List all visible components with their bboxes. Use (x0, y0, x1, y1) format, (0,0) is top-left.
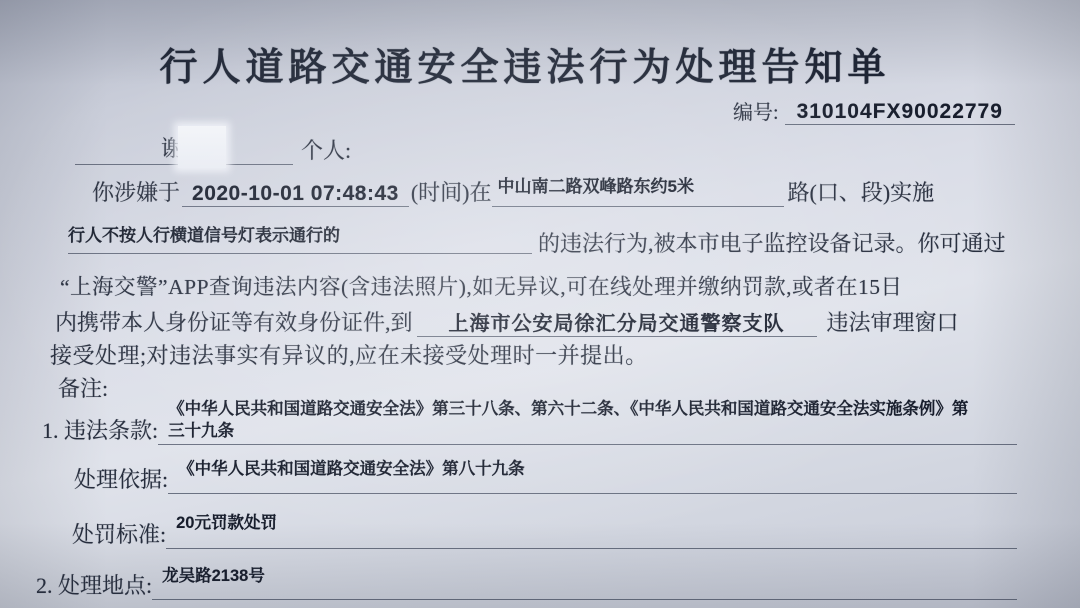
item-handling-basis-value: 《中华人民共和国道路交通安全法》第八十九条 (178, 458, 1017, 480)
item-violation-clause-line1: 《中华人民共和国道路交通安全法》第三十八条、第六十二条、《中华人民共和国道路交通… (168, 398, 1017, 420)
item-violation-clause-label: 1. 违法条款: (42, 414, 158, 445)
item-violation-clause: 1. 违法条款: 《中华人民共和国道路交通安全法》第三十八条、第六十二条、《中华… (42, 398, 1017, 445)
form-title: 行人道路交通安全违法行为处理告知单 (0, 36, 1050, 91)
violation-datetime-value: 2020-10-01 07:48:43 (192, 182, 399, 205)
item-handling-location-value: 龙吴路2138号 (162, 565, 1017, 587)
location-blank: 中山南二路双峰路东约5米 (492, 176, 784, 207)
item-handling-location-label: 2. 处理地点: (36, 569, 152, 600)
suspect-line: 你涉嫌于 2020-10-01 07:48:43 (时间)在 中山南二路双峰路东… (92, 176, 934, 207)
item-handling-basis: 处理依据: 《中华人民共和国道路交通安全法》第八十九条 (74, 458, 1017, 494)
form-number-value: 310104FX90022779 (797, 100, 1003, 123)
item-handling-basis-label: 处理依据: (74, 463, 168, 494)
violation-blank: 行人不按人行横道信号灯表示通行的 (68, 221, 532, 254)
suspect-suffix: 路(口、段)实施 (788, 176, 935, 207)
name-redaction-box (178, 126, 226, 168)
office-suffix: 违法审理窗口 (827, 306, 959, 337)
police-office-value: 上海市公安局徐汇分局交通警察支队 (417, 313, 817, 335)
form-number-label: 编号: (733, 96, 779, 125)
suspect-middle: (时间)在 (411, 176, 492, 207)
item-penalty-standard-label: 处罚标准: (72, 518, 166, 549)
violation-rest-text: 的违法行为,被本市电子监控设备记录。你可通过 (538, 227, 1006, 258)
suspect-prefix: 你涉嫌于 (92, 176, 180, 207)
item-handling-location: 2. 处理地点: 龙吴路2138号 (36, 565, 1017, 600)
addressee-line: 谢 个人: (75, 132, 351, 165)
violation-location-value: 中山南二路双峰路东约5米 (498, 172, 694, 197)
office-prefix: 内携带本人身份证等有效身份证件,到 (55, 306, 413, 337)
addressee-suffix: 个人: (301, 134, 351, 165)
item-violation-clause-line2: 三十九条 (168, 420, 1017, 442)
item-penalty-standard: 处罚标准: 20元罚款处罚 (72, 512, 1017, 549)
item-penalty-standard-value: 20元罚款处罚 (176, 512, 1017, 534)
violation-type-value: 行人不按人行横道信号灯表示通行的 (68, 226, 340, 245)
objection-line: 接受处理;对违法事实有异议的,应在未接受处理时一并提出。 (50, 339, 648, 370)
office-line: 内携带本人身份证等有效身份证件,到 上海市公安局徐汇分局交通警察支队 违法审理窗… (55, 306, 959, 337)
app-instruction-line: “上海交警”APP查询违法内容(含违法照片),如无异议,可在线处理并缴纳罚款,或… (60, 270, 902, 301)
notice-paper-sheet: 行人道路交通安全违法行为处理告知单 编号: 310104FX90022779 谢… (0, 0, 1080, 608)
